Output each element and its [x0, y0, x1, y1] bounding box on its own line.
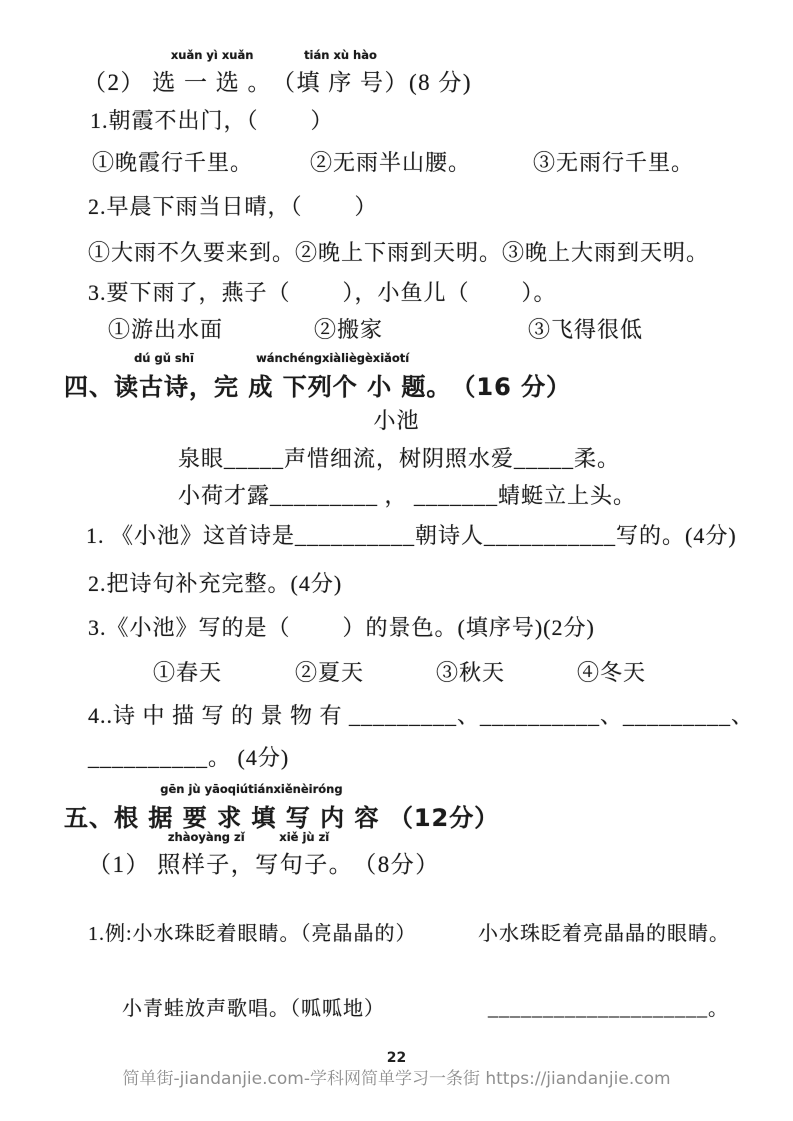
pinyin-annotation: [353, 830, 440, 846]
q2-item2-options: ①大雨不久要来到。②晚上下雨到天明。③晚上大雨到天明。: [88, 236, 709, 267]
q4-sub3-option-2: ②夏天: [295, 656, 364, 687]
q4-sub4-line-2: __________。 (4分): [88, 741, 289, 772]
q4-sub3: 3.《小池》写的是（ ）的景色。(填序号)(2分): [88, 611, 595, 642]
heading-text: (8 分): [409, 64, 472, 97]
heading-segment: (8 分): [409, 48, 472, 97]
heading-segment: （12分）: [389, 782, 499, 833]
pinyin-annotation: [389, 782, 499, 798]
heading-text: 照样子，: [157, 846, 255, 879]
pinyin-annotation: tián xù hào: [272, 48, 409, 64]
q2-item2-stem: 2.早晨下雨当日晴，（ ）: [88, 190, 378, 221]
heading-text: （8分）: [353, 846, 440, 879]
poem-line-1: 泉眼_____声惜细流，树阴照水爱_____柔。: [178, 442, 620, 473]
q5-example-left: 1.例:小水珠眨着眼睛。（亮晶晶的）: [88, 917, 417, 946]
q2-item3-option-1: ①游出水面: [108, 313, 223, 344]
heading-segment: 五、: [64, 782, 114, 833]
pinyin-annotation: [88, 830, 157, 846]
heading-text: （12分）: [389, 798, 499, 833]
section-5-heading: 五、gēn jù yāoqiútiánxiěnèiróng根 据 要 求 填 写…: [64, 782, 499, 833]
q2-item3-option-2: ②搬家: [314, 313, 383, 344]
heading-segment: xuǎn yì xuǎn选 一 选 。: [152, 48, 272, 97]
q4-sub3-option-4: ④冬天: [577, 656, 646, 687]
heading-segment: 四、: [64, 351, 114, 402]
heading-segment: zhàoyàng zǐ照样子，: [157, 830, 255, 879]
pinyin-annotation: [83, 48, 152, 64]
q4-sub3-option-3: ③秋天: [436, 656, 505, 687]
q5-exercise-answer-blank: ____________________。: [488, 992, 729, 1021]
pinyin-annotation: zhàoyàng zǐ: [157, 830, 255, 846]
q4-sub1: 1. 《小池》这首诗是__________朝诗人___________写的。(4…: [86, 519, 737, 550]
heading-text: （填 序 号）: [272, 64, 409, 97]
heading-text: 读古诗，: [114, 367, 214, 402]
q5-example-right: 小水珠眨着亮晶晶的眼睛。: [478, 917, 730, 946]
poem-title: 小池: [0, 404, 793, 435]
q4-sub4-line-1: 4..诗 中 描 写 的 景 物 有 _________、__________、…: [88, 699, 754, 730]
q4-sub3-option-1: ①春天: [153, 656, 222, 687]
section-4-heading: 四、dú gǔ shī读古诗，wánchéngxiàliègèxiǎotí完 成…: [64, 351, 571, 402]
pinyin-annotation: dú gǔ shī: [114, 351, 214, 367]
q2-item1-option-2: ②无雨半山腰。: [310, 146, 471, 177]
q5-exercise-left: 小青蛙放声歌唱。（呱呱地）: [122, 992, 385, 1021]
heading-segment: （1）: [88, 830, 157, 879]
pinyin-annotation: gēn jù yāoqiútiánxiěnèiróng: [114, 782, 389, 798]
pinyin-annotation: [64, 782, 114, 798]
pinyin-annotation: [64, 351, 114, 367]
q2-item1-option-1: ①晚霞行千里。: [92, 146, 253, 177]
heading-text: （1）: [88, 846, 157, 879]
section-5-sub-heading: （1） zhàoyàng zǐ照样子，xiě jù zǐ写句子。（8分）: [88, 830, 440, 879]
heading-text: 四、: [64, 367, 114, 402]
poem-line-2: 小荷才露_________ ， _______蜻蜓立上头。: [178, 479, 636, 510]
pinyin-annotation: xiě jù zǐ: [255, 830, 353, 846]
heading-segment: tián xù hào（填 序 号）: [272, 48, 409, 97]
heading-text: 五、: [64, 798, 114, 833]
heading-segment: （2）: [83, 48, 152, 97]
heading-segment: （16 分）: [451, 351, 571, 402]
section-2-heading: （2） xuǎn yì xuǎn选 一 选 。tián xù hào（填 序 号…: [83, 48, 472, 97]
heading-text: 选 一 选 。: [152, 64, 272, 97]
heading-text: 写句子。: [255, 846, 353, 879]
heading-text: 根 据 要 求 填 写 内 容: [114, 798, 389, 833]
heading-segment: gēn jù yāoqiútiánxiěnèiróng根 据 要 求 填 写 内…: [114, 782, 389, 833]
q2-item3-stem: 3.要下雨了，燕子（ ），小鱼儿（ ）。: [88, 276, 557, 307]
pinyin-annotation: [409, 48, 472, 64]
q2-item3-option-3: ③飞得很低: [528, 313, 643, 344]
heading-text: （2）: [83, 64, 152, 97]
q2-item1-option-3: ③无雨行千里。: [533, 146, 694, 177]
footer-watermark: 简单街-jiandanjie.com-学科网简单学习一条街 https://ji…: [0, 1064, 793, 1089]
heading-text: 完 成 下列个 小 题。: [214, 367, 451, 402]
heading-segment: wánchéngxiàliègèxiǎotí完 成 下列个 小 题。: [214, 351, 451, 402]
pinyin-annotation: [451, 351, 571, 367]
heading-text: （16 分）: [451, 367, 571, 402]
q2-item1-stem: 1.朝霞不出门，（ ）: [90, 104, 334, 135]
q4-sub2: 2.把诗句补充完整。(4分): [88, 567, 342, 598]
pinyin-annotation: xuǎn yì xuǎn: [152, 48, 272, 64]
pinyin-annotation: wánchéngxiàliègèxiǎotí: [214, 351, 451, 367]
heading-segment: dú gǔ shī读古诗，: [114, 351, 214, 402]
worksheet-page: （2） xuǎn yì xuǎn选 一 选 。tián xù hào（填 序 号…: [0, 0, 793, 1121]
heading-segment: xiě jù zǐ写句子。: [255, 830, 353, 879]
heading-segment: （8分）: [353, 830, 440, 879]
